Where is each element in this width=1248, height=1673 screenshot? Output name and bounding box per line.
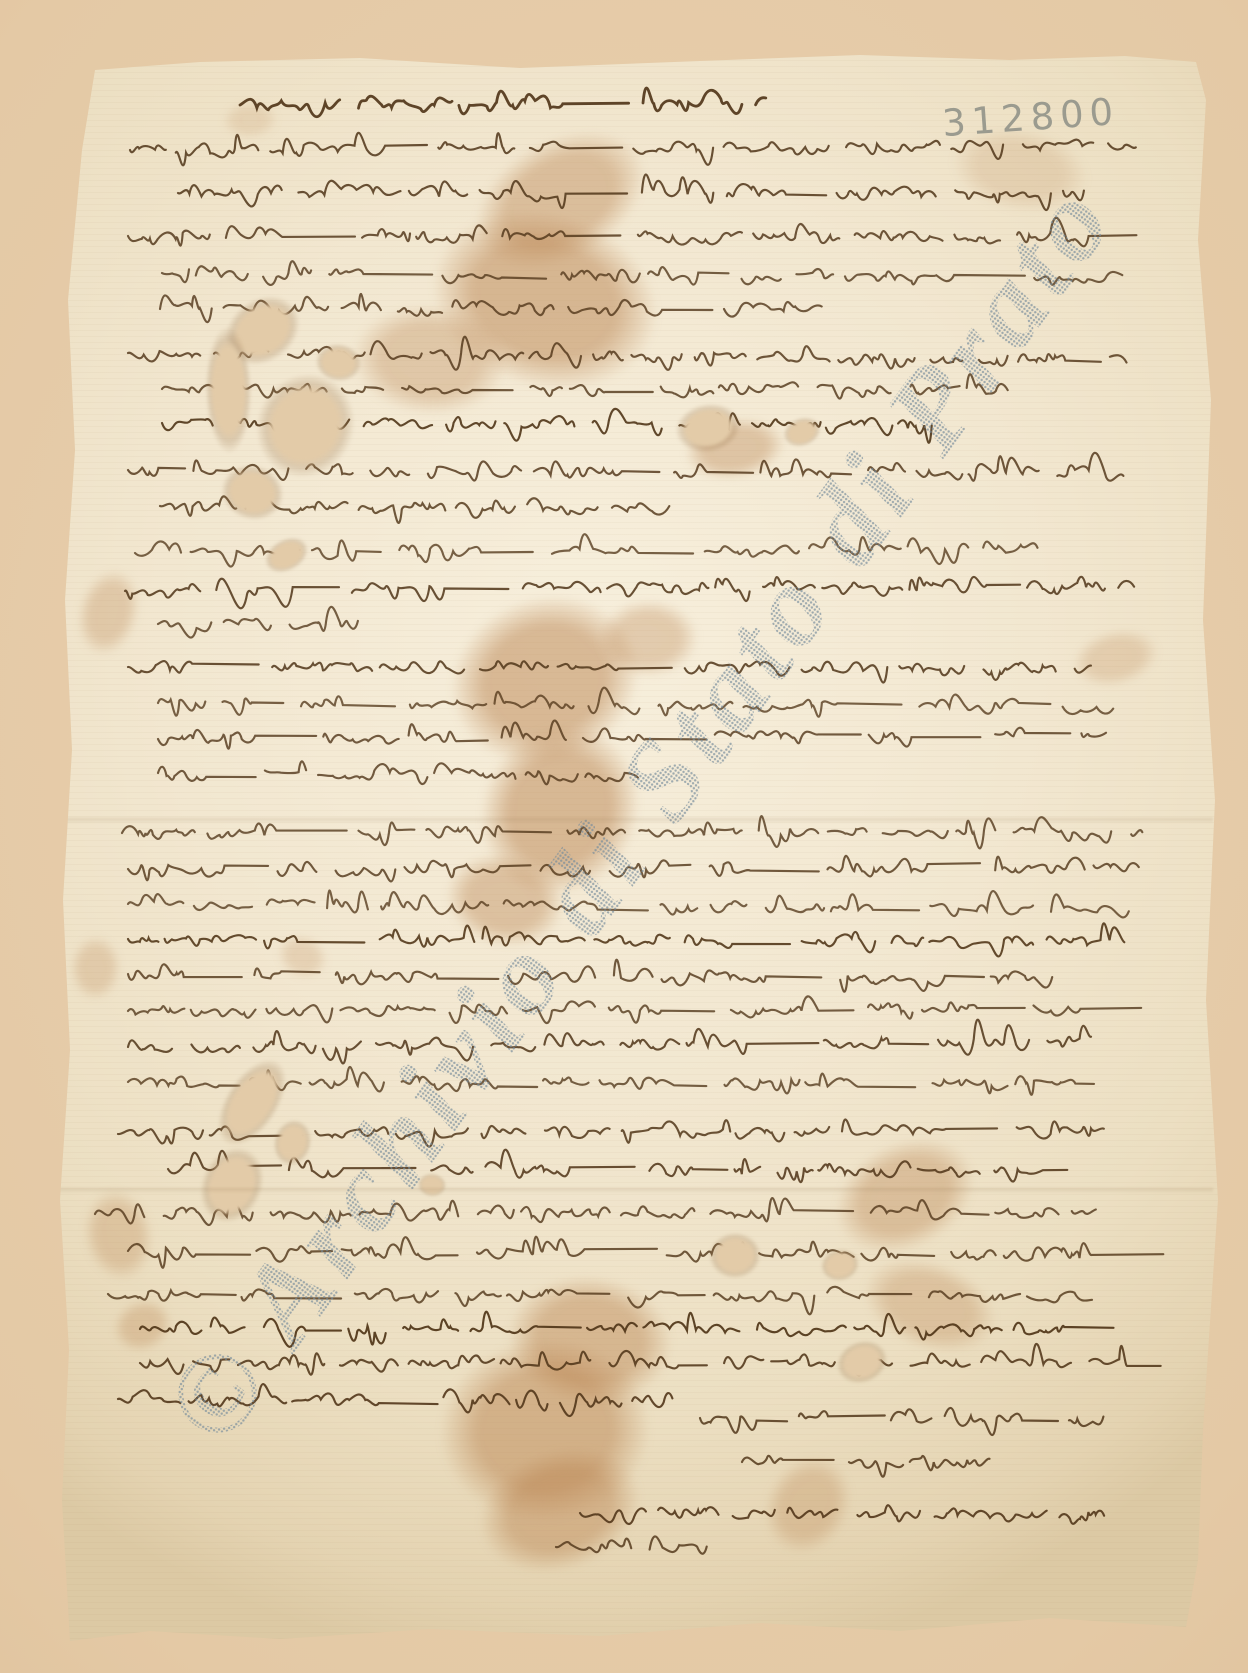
paper-damage-hole xyxy=(263,1110,321,1175)
paper-damage-hole xyxy=(199,315,257,466)
handwriting-line xyxy=(130,133,1136,166)
paper-damage-hole xyxy=(207,450,298,534)
stain-blob xyxy=(219,98,281,141)
stains-layer xyxy=(0,0,1248,1673)
stain-blob xyxy=(268,925,336,988)
stain-blob xyxy=(101,1287,183,1364)
handwriting-line xyxy=(556,1536,707,1553)
handwriting-line xyxy=(128,453,1123,481)
paper-damage-hole xyxy=(202,272,323,388)
handwriting-line xyxy=(178,175,1084,211)
stain-blob xyxy=(808,1107,1003,1282)
stain-blob xyxy=(398,173,693,428)
handwriting-layer xyxy=(0,0,1248,1673)
paper-damage-hole xyxy=(226,344,384,507)
handwriting-line xyxy=(158,721,1106,749)
stain-blob xyxy=(843,1235,1016,1376)
stain-blob xyxy=(431,838,579,963)
stain-blob xyxy=(454,1419,667,1601)
stain-blob xyxy=(414,557,676,803)
damage-layer xyxy=(0,0,1248,1673)
handwriting-line xyxy=(128,923,1124,956)
handwriting-line xyxy=(158,607,358,638)
document-scan: 312800 © Archivio di Stato di Prato xyxy=(0,0,1248,1673)
stain-blob xyxy=(592,595,703,682)
handwriting-line xyxy=(240,88,766,117)
paper-damage-hole xyxy=(775,408,830,455)
handwriting-line xyxy=(118,1119,1104,1146)
handwriting-line xyxy=(125,577,1134,608)
paper-damage-hole xyxy=(308,336,369,388)
stain-blob xyxy=(938,113,1101,228)
handwriting-line xyxy=(128,1020,1091,1064)
stain-blob xyxy=(64,558,151,667)
fold-crease xyxy=(45,1188,1213,1193)
handwriting-line xyxy=(160,496,669,523)
handwriting-line xyxy=(128,890,1129,917)
stain-blob xyxy=(742,1435,873,1574)
stain-blob xyxy=(676,407,795,488)
paper-damage-hole xyxy=(703,1226,768,1284)
handwriting-line xyxy=(158,761,652,784)
archive-watermark: © Archivio di Stato di Prato xyxy=(17,0,1248,1628)
handwriting-line xyxy=(140,1344,1161,1376)
manuscript-page: 312800 © Archivio di Stato di Prato xyxy=(0,0,1248,1673)
stain-blob xyxy=(492,1260,688,1421)
handwriting-line xyxy=(140,1312,1114,1347)
paper-damage-hole xyxy=(180,1128,283,1241)
stain-blob xyxy=(441,94,679,307)
paper-damage-hole xyxy=(414,1169,451,1200)
handwriting-line xyxy=(700,1408,1103,1435)
handwriting-line xyxy=(118,1384,679,1416)
handwriting-line xyxy=(162,374,1008,398)
handwriting-line xyxy=(135,534,1038,566)
handwriting-line xyxy=(162,409,932,443)
stain-blob xyxy=(420,1319,670,1542)
handwriting-line xyxy=(128,1067,1111,1095)
paper-damage-hole xyxy=(253,525,319,584)
stain-blob xyxy=(66,932,123,1004)
stain-blob xyxy=(72,1179,165,1291)
handwriting-line xyxy=(742,1456,989,1477)
paper-damage-hole xyxy=(824,1328,900,1397)
handwriting-line xyxy=(160,294,836,322)
handwriting-line xyxy=(128,218,1136,246)
handwriting-line xyxy=(580,1505,1104,1524)
fold-crease xyxy=(45,818,1213,823)
stain-blob xyxy=(341,294,519,426)
handwriting-line xyxy=(95,1198,1096,1225)
paper-damage-hole xyxy=(665,393,752,464)
paper-damage-hole xyxy=(814,1242,867,1289)
stain-blob xyxy=(1062,617,1169,698)
handwriting-line xyxy=(168,1150,1067,1182)
handwriting-line xyxy=(158,688,1113,717)
archive-inventory-number: 312800 xyxy=(941,90,1121,145)
handwriting-line xyxy=(128,661,1091,683)
stain-blob xyxy=(443,688,677,932)
paper-damage-hole xyxy=(195,1037,310,1167)
handwriting-line xyxy=(128,960,1057,992)
handwriting-line xyxy=(128,996,1141,1023)
handwriting-line xyxy=(108,1287,1100,1314)
handwriting-line xyxy=(122,816,1142,848)
handwriting-line xyxy=(128,856,1139,882)
handwriting-line xyxy=(128,1237,1163,1268)
handwriting-line xyxy=(162,261,1122,285)
handwriting-line xyxy=(128,337,1126,370)
